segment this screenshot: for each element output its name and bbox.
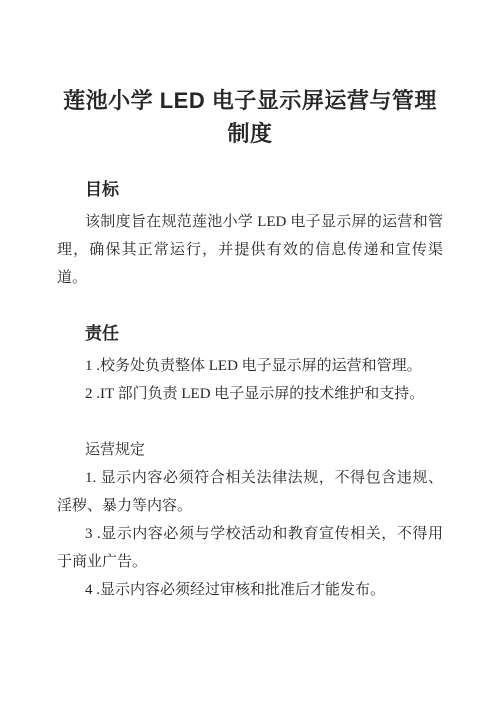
section-responsibility: 责任 1 .校务处负责整体 LED 电子显示屏的运营和管理。 2 .IT 部门负… xyxy=(57,320,443,408)
operating-rule-item-1: 1. 显示内容必须符合相关法律法规，不得包含违规、淫秽、暴力等内容。 xyxy=(57,464,443,520)
section-goal-heading: 目标 xyxy=(57,176,443,204)
document-title: 莲池小学 LED 电子显示屏运营与管理制度 xyxy=(57,84,443,150)
responsibility-item-2: 2 .IT 部门负责 LED 电子显示屏的技术维护和支持。 xyxy=(57,380,443,408)
operating-rule-item-3: 3 .显示内容必须与学校活动和教育宣传相关，不得用于商业广告。 xyxy=(57,520,443,576)
section-responsibility-heading: 责任 xyxy=(57,320,443,348)
operating-rule-item-4: 4 .显示内容必须经过审核和批准后才能发布。 xyxy=(57,576,443,604)
section-goal: 目标 该制度旨在规范莲池小学 LED 电子显示屏的运营和管理，确保其正常运行，并… xyxy=(57,176,443,292)
section-operating-rules: 运营规定 1. 显示内容必须符合相关法律法规，不得包含违规、淫秽、暴力等内容。 … xyxy=(57,436,443,604)
responsibility-item-1: 1 .校务处负责整体 LED 电子显示屏的运营和管理。 xyxy=(57,352,443,380)
section-operating-rules-heading: 运营规定 xyxy=(57,436,443,464)
document-page: 莲池小学 LED 电子显示屏运营与管理制度 目标 该制度旨在规范莲池小学 LED… xyxy=(0,0,500,707)
goal-paragraph: 该制度旨在规范莲池小学 LED 电子显示屏的运营和管理，确保其正常运行，并提供有… xyxy=(57,208,443,292)
